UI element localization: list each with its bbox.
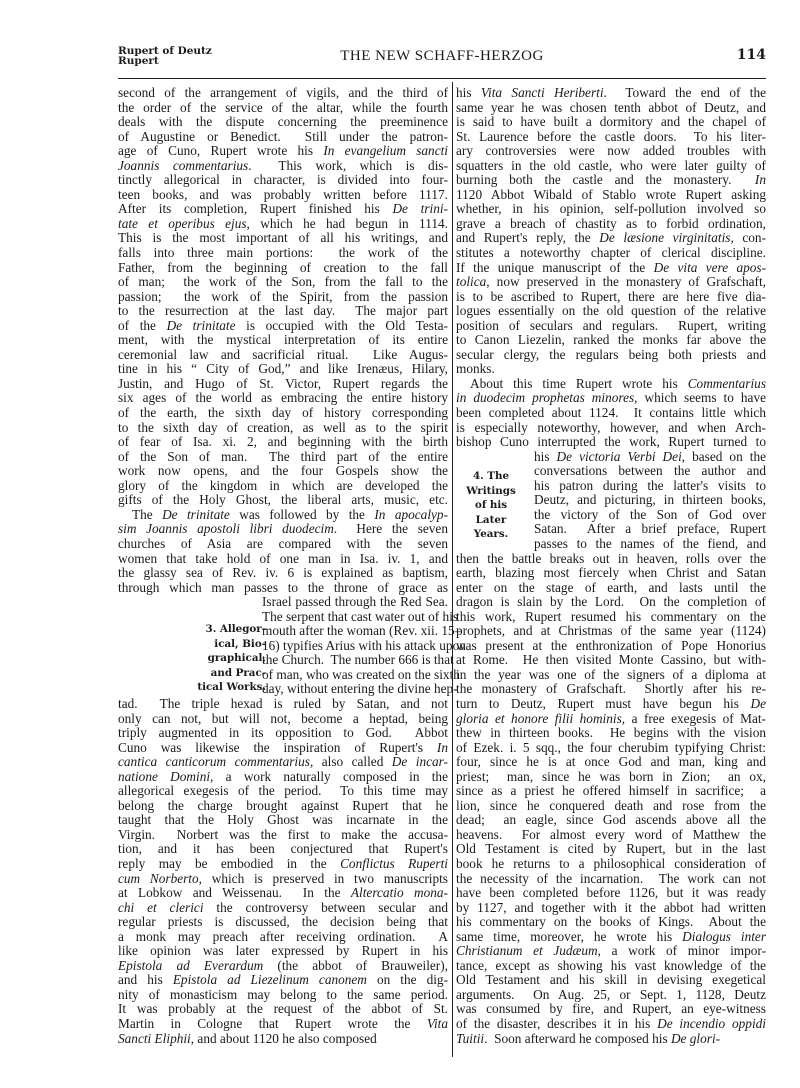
text-line: and his Epistola ad Liezelinum canonem o… [118,973,448,988]
text-line: If the unique manuscript of the De vita … [456,261,766,276]
text-line: arguments. On Aug. 25, or Sept. 1, 1128,… [456,988,766,1003]
sidenote-line: Writings [456,484,526,499]
text-line: Tuitii. Soon afterward he composed his D… [456,1032,766,1047]
text-line: same time, moreover, he wrote his Dialog… [456,930,766,945]
text-line: the monastery of Grafschaft. Shortly aft… [456,682,766,697]
text-line: 1120 Abbot Wibald of Stablo wrote Rupert… [456,188,766,203]
text-line: churches of Asia are compared with the s… [118,537,448,552]
text-line: falls into three main portions: the work… [118,246,448,261]
text-line: priest; man, since he was born in Zion; … [456,770,766,785]
sidenote-line: ical, Bio- [126,637,266,652]
text-line: logues essentially on the old question o… [456,304,766,319]
text-line: of the De trinitate is occupied with the… [118,319,448,334]
sidenote-line: tical Works. [126,680,266,695]
text-line: his commentary on the books of Kings. Ab… [456,915,766,930]
text-line: gifts of the Holy Ghost, the liberal art… [118,493,448,508]
text-line: nity of monasticism may belong to the sa… [118,988,448,1003]
text-line: four, since he is at once God and man, k… [456,755,766,770]
text-line: this work, Rupert resumed his commentary… [456,610,766,625]
text-line: grave a breach of chastity as to forbid … [456,217,766,232]
text-line: dead; an eagle, since God ascends above … [456,813,766,828]
text-line: passion; the work of the Spirit, from th… [118,290,448,305]
text-line: taught that the Holy Ghost was incarnate… [118,813,448,828]
text-line: burning both the castle and the monaster… [456,173,766,188]
text-line: heavens. For almost every word of Matthe… [456,828,766,843]
text-line: second of the arrangement of vigils, and… [118,86,448,101]
text-line: Old Testament and his skill in devising … [456,973,766,988]
text-line: monks. [456,362,766,377]
book-title: THE NEW SCHAFF-HERZOG [118,48,766,65]
text-line: have been completed before 1126, but it … [456,886,766,901]
text-line: in duodecim prophetas minores, which see… [456,391,766,406]
text-line: About this time Rupert wrote his Comment… [456,377,766,392]
sidenote-allegorical-works: 3. Allegor-ical, Bio-graphical,and Prac-… [126,622,266,695]
text-line: through which man passes to the throne o… [118,581,448,596]
text-line: Virgin. Norbert was the first to make th… [118,828,448,843]
text-line: the necessity of the incarnation. The wo… [456,872,766,887]
text-line: of Ezek. i. 5 sqq., the four cherubim ty… [456,741,766,756]
text-line: It was probably at the request of the ab… [118,1002,448,1017]
text-line: Joannis commentarius. This work, which i… [118,159,448,174]
text-line: After its completion, Rupert finished hi… [118,202,448,217]
text-line: Israel passed through the Red Sea. [118,595,448,610]
sidenote-later-writings: 4. TheWritingsof hisLaterYears. [456,469,526,542]
text-line: been completed about 1124. It contains l… [456,406,766,421]
text-line: to the sixth day of creation, as well as… [118,421,448,436]
text-line: of the earth, the sixth day of history c… [118,406,448,421]
text-line: Cuno was likewise the inspiration of Rup… [118,741,448,756]
text-line: tolica, now preserved in the monastery o… [456,275,766,290]
text-line: squatters in the old castle, who were la… [456,159,766,174]
text-line: tinctly allegorical in character, is div… [118,173,448,188]
text-line: Justin, and Hugo of St. Victor, Rupert r… [118,377,448,392]
text-line: Martin in Cologne that Rupert wrote the … [118,1017,448,1032]
text-line: Christianum et Judæum, a work of minor i… [456,944,766,959]
text-line: enter on the stage of earth, and lasts u… [456,581,766,596]
text-line: same year he was chosen tenth abbot of D… [456,101,766,116]
text-line: teen books, and was probably written bef… [118,188,448,203]
text-line: at Lobkow and Weissenau. In the Altercat… [118,886,448,901]
text-line: of fear of Isa. xi. 2, and beginning wit… [118,435,448,450]
text-line: triply augmented in its opposition to Go… [118,726,448,741]
text-line: earth, blazing most fiercely when Christ… [456,566,766,581]
text-line: cantica canticorum commentarius, also ca… [118,755,448,770]
text-line: St. Laurence before the castle doors. To… [456,130,766,145]
text-line: of man; the work of the Son, from the fa… [118,275,448,290]
text-line: his De victoria Verbi Dei, based on the [456,450,766,465]
text-line: stitutes a noteworthy chapter of clerica… [456,246,766,261]
text-line: of the Son of man. The third part of the… [118,450,448,465]
text-line: Father, from the beginning of creation t… [118,261,448,276]
text-line: allegorical exegesis of the period. To t… [118,784,448,799]
text-line: whether, in his opinion, self-pollution … [456,202,766,217]
text-line: tate et operibus ejus, which he had begu… [118,217,448,232]
text-line: gloria et honore filii hominis, a free e… [456,712,766,727]
text-line: glory of the kingdom in which are develo… [118,479,448,494]
text-line: book he returns to a philosophical consi… [456,857,766,872]
text-line: bishop Cuno interrupted the work, Rupert… [456,435,766,450]
text-line: and Rupert's reply, the De læsione virgi… [456,231,766,246]
text-line: only can not, but will not, become a hep… [118,712,448,727]
sidenote-line: 3. Allegor- [126,622,266,637]
text-line: the order of the service of the altar, w… [118,101,448,116]
sidenote-line: and Prac- [126,666,266,681]
text-line: turn to Deutz, Rupert must have begun hi… [456,697,766,712]
text-line: to Canon Liezelin, ranked the monks far … [456,333,766,348]
sidenote-line: graphical, [126,651,266,666]
text-line: ary controversies were now added trouble… [456,144,766,159]
text-line: like opinion was later expressed by Rupe… [118,944,448,959]
text-line: by 1127, and together with it the abbot … [456,901,766,916]
text-line: his Vita Sancti Heriberti. Toward the en… [456,86,766,101]
page-number: 114 [737,47,766,63]
text-line: natione Domini, a work naturally compose… [118,770,448,785]
page-header: Rupert of Deutz Rupert THE NEW SCHAFF-HE… [118,44,766,76]
text-line: age of Cuno, Rupert wrote his In evangel… [118,144,448,159]
right-column: his Vita Sancti Heriberti. Toward the en… [456,86,766,1046]
text-line: women that take hold of one man in Isa. … [118,552,448,567]
text-line: belong the charge brought against Rupert… [118,799,448,814]
text-line: dragon is slain by the Lord. On the comp… [456,595,766,610]
text-line: tad. The triple hexad is ruled by Satan,… [118,697,448,712]
sidenote-line: Later [456,513,526,528]
text-line: was present at the enthronization of Pop… [456,639,766,654]
text-line: The De trinitate was followed by the In … [118,508,448,523]
text-line: Sancti Eliphii, and about 1120 he also c… [118,1032,448,1047]
text-line: lion, since he conquered death and rose … [456,799,766,814]
text-line: Epistola ad Everardum (the abbot of Brau… [118,959,448,974]
text-line: cum Norberto, which is preserved in two … [118,872,448,887]
left-column: second of the arrangement of vigils, and… [118,86,448,1046]
text-line: ceremonial law and sacrificial ritual. L… [118,348,448,363]
header-rule [118,78,766,79]
text-line: secular clergy, the regulars being both … [456,348,766,363]
text-line: ment, with the mystical interpretation o… [118,333,448,348]
text-line: chi et clerici the controversy between s… [118,901,448,916]
text-line: a monk may preach after receiving ordina… [118,930,448,945]
sidenote-line: Years. [456,527,526,542]
text-line: work now opens, and the four Gospels sho… [118,464,448,479]
text-line: was consumed by fire, and Rupert, an eye… [456,1002,766,1017]
text-line: thew in thirteen books. He begins with t… [456,726,766,741]
text-line: in the year was one of the signers of a … [456,668,766,683]
sidenote-line: of his [456,498,526,513]
text-line: to the resurrection at the last day. The… [118,304,448,319]
text-line: sim Joannis apostoli libri duodecim. Her… [118,522,448,537]
text-line: is said to have built a dormitory and th… [456,115,766,130]
text-line: of Augustine or Benedict. Still under th… [118,130,448,145]
text-line: since as a priest he offered himself in … [456,784,766,799]
text-line: deals with the dispute concerning the pr… [118,115,448,130]
text-line: at Rome. He then visited Monte Cassino, … [456,653,766,668]
text-line: then the battle breaks out in heaven, ro… [456,552,766,567]
text-line: is to be ascribed to Rupert, there are h… [456,290,766,305]
sidenote-line: 4. The [456,469,526,484]
text-line: is especially noteworthy, however, and w… [456,421,766,436]
text-line: regular priests is discussed, the decisi… [118,915,448,930]
text-line: of the disaster, describes it in his De … [456,1017,766,1032]
column-divider [452,82,453,1057]
text-line: prophets, and at Christmas of the same y… [456,624,766,639]
text-line: tion, and it has been conjectured that R… [118,842,448,857]
text-line: tance, except as showing his vast knowle… [456,959,766,974]
text-line: the glassy sea of Rev. iv. 6 is explaine… [118,566,448,581]
text-line: This is the most important of all his wr… [118,231,448,246]
text-line: six ages of the world as embracing the e… [118,391,448,406]
text-line: position of seculars and regulars. Ruper… [456,319,766,334]
text-line: reply may be embodied in the Conflictus … [118,857,448,872]
text-line: tine in his “ City of God,” and like Ire… [118,362,448,377]
text-line: Old Testament is cited by Rupert, but in… [456,842,766,857]
